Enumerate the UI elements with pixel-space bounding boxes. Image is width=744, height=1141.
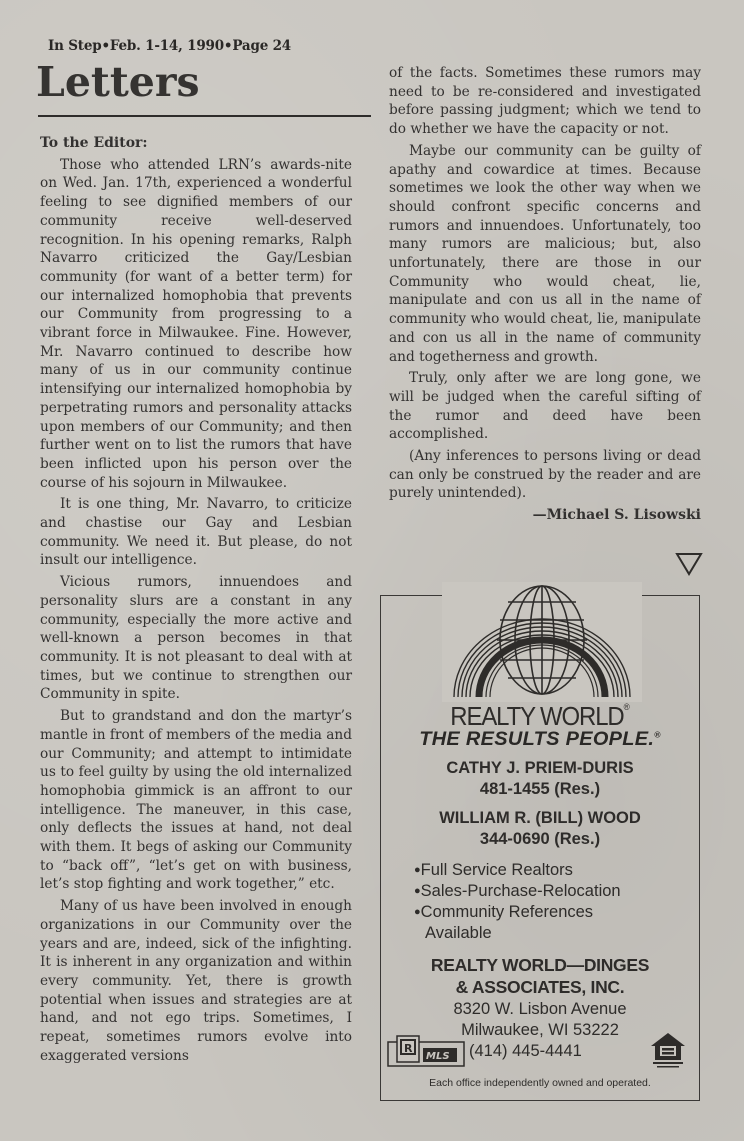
title-rule [38, 115, 371, 117]
street-address: 8320 W. Lisbon Avenue [381, 999, 699, 1020]
letter-paragraph: Many of us have been involved in enough … [40, 897, 352, 1065]
company-name-line: REALTY WORLD—DINGES [381, 954, 699, 976]
globe-logo-icon [442, 582, 642, 702]
letter-salutation: To the Editor: [40, 134, 352, 153]
brand-slogan: THE RESULTS PEOPLE.® [373, 730, 707, 749]
agent-contact: CATHY J. PRIEM-DURIS 481-1455 (Res.) [381, 758, 699, 800]
bullet-icon: ● [414, 906, 421, 918]
feature-item: ●Community References Available [414, 902, 621, 944]
bullet-icon: ● [414, 885, 421, 897]
registered-mark: ® [654, 731, 661, 740]
letter-paragraph: Those who attended LRN’s awards-nite on … [40, 156, 352, 493]
company-name-line: & ASSOCIATES, INC. [381, 976, 699, 998]
agent-contact: WILLIAM R. (BILL) WOOD 344-0690 (Res.) [381, 808, 699, 850]
slogan-text: THE RESULTS PEOPLE. [419, 729, 654, 750]
bullet-icon: ● [414, 864, 421, 876]
letter-paragraph: It is one thing, Mr. Navarro, to critici… [40, 495, 352, 570]
letter-paragraph: Vicious rumors, innuendoes and personali… [40, 573, 352, 704]
letter-continuation: of the facts. Sometimes these rumors may… [389, 64, 701, 139]
agent-name: CATHY J. PRIEM-DURIS [381, 758, 699, 779]
feature-text: Community References [421, 903, 593, 921]
service-features-list: ●Full Service Realtors ●Sales-Purchase-R… [414, 860, 621, 944]
feature-text-continuation: Available [414, 923, 621, 944]
office-phone: (414) 445-4441 [469, 1041, 582, 1062]
down-triangle-end-mark-icon [675, 552, 703, 576]
letter-signature: —Michael S. Lisowski [389, 506, 701, 525]
svg-text:MLS: MLS [426, 1051, 450, 1062]
letter-paragraph: (Any inferences to persons living or dea… [389, 447, 701, 503]
brand-name: REALTY WORLD® [394, 703, 687, 729]
feature-text: Full Service Realtors [421, 861, 573, 879]
section-title: Letters [36, 62, 200, 103]
equal-housing-opportunity-logo-icon [649, 1031, 687, 1069]
letter-paragraph: Maybe our community can be guilty of apa… [389, 142, 701, 366]
letter-column-right: of the facts. Sometimes these rumors may… [389, 64, 701, 525]
agent-name: WILLIAM R. (BILL) WOOD [381, 808, 699, 829]
realty-world-advertisement: REALTY WORLD® THE RESULTS PEOPLE.® CATHY… [380, 595, 700, 1101]
feature-item: ●Sales-Purchase-Relocation [414, 881, 621, 902]
registered-mark: ® [624, 702, 630, 712]
letter-paragraph: Truly, only after we are long gone, we w… [389, 369, 701, 444]
brand-text: REALTY WORLD [450, 701, 623, 731]
agent-phone: 344-0690 (Res.) [381, 829, 699, 850]
letter-column-left: To the Editor: Those who attended LRN’s … [40, 134, 352, 1065]
realtor-mls-logo-icon: R MLS [387, 1034, 465, 1068]
feature-item: ●Full Service Realtors [414, 860, 621, 881]
letter-paragraph: But to grandstand and don the martyr’s m… [40, 707, 352, 894]
newspaper-page: In Step•Feb. 1-14, 1990•Page 24 Letters … [0, 0, 744, 1141]
svg-text:R: R [404, 1042, 413, 1055]
disclaimer: Each office independently owned and oper… [381, 1077, 699, 1089]
agent-phone: 481-1455 (Res.) [381, 779, 699, 800]
company-name: REALTY WORLD—DINGES & ASSOCIATES, INC. [381, 954, 699, 998]
feature-text: Sales-Purchase-Relocation [421, 882, 621, 900]
page-folio: In Step•Feb. 1-14, 1990•Page 24 [48, 38, 291, 54]
